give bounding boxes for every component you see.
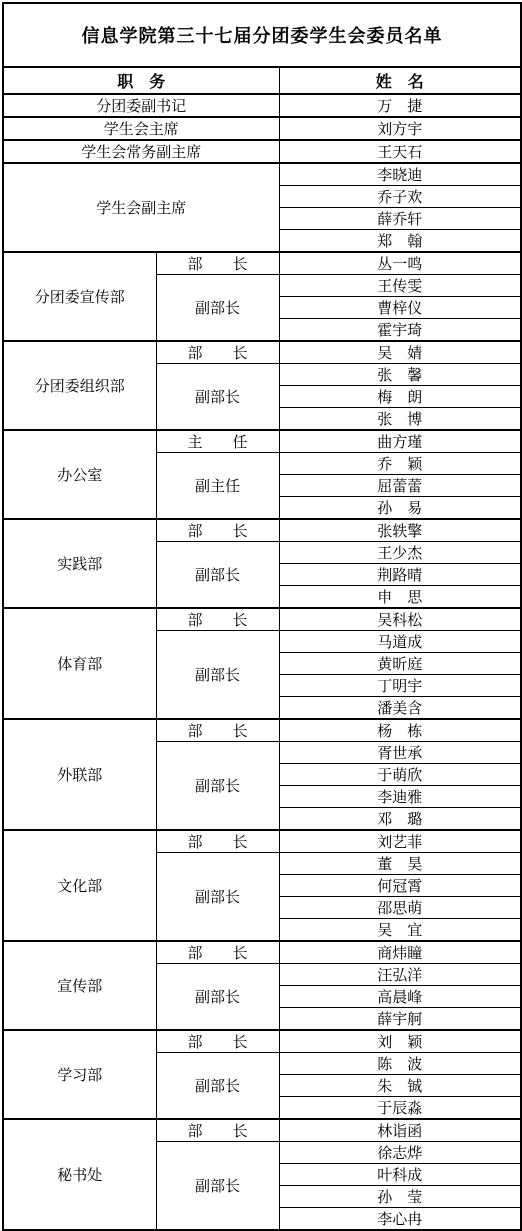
name-cell: 霍宇琦 (279, 319, 521, 342)
department-cell: 学习部 (3, 1030, 156, 1119)
role-cell: 副部长 (156, 1053, 279, 1120)
name-cell: 申 思 (279, 586, 521, 609)
department-cell: 秘书处 (3, 1119, 156, 1230)
name-cell: 王少杰 (279, 542, 521, 564)
name-cell: 于萌欣 (279, 764, 521, 786)
department-cell: 外联部 (3, 719, 156, 830)
table-row: 学生会副主席李晓迪 (3, 163, 521, 186)
name-cell: 胥世承 (279, 742, 521, 764)
name-cell: 汪弘洋 (279, 964, 521, 986)
name-cell: 薛乔轩 (279, 208, 521, 230)
department-cell: 宣传部 (3, 941, 156, 1030)
table-row: 分团委副书记万 捷 (3, 94, 521, 117)
role-cell: 副部长 (156, 1142, 279, 1231)
position-header: 职 务 (3, 67, 279, 94)
name-cell: 刘 颖 (279, 1030, 521, 1053)
name-cell: 杨 栋 (279, 719, 521, 742)
name-cell: 王传雯 (279, 275, 521, 297)
name-cell: 郑 翰 (279, 230, 521, 253)
name-cell: 徐志烨 (279, 1142, 521, 1164)
name-cell: 吴 婧 (279, 341, 521, 364)
name-cell: 丛一鸣 (279, 252, 521, 275)
position-cell: 学生会主席 (3, 117, 279, 140)
name-cell: 孙 莹 (279, 1186, 521, 1208)
name-cell: 商炜瞳 (279, 941, 521, 964)
name-cell: 林诣函 (279, 1119, 521, 1142)
roster-sheet: 信息学院第三十七届分团委学生会委员名单 职 务 姓 名 分团委副书记万 捷学生会… (2, 2, 520, 1231)
name-cell: 薛宇舸 (279, 1008, 521, 1031)
name-cell: 孙 易 (279, 497, 521, 520)
table-row: 学习部部 长刘 颖 (3, 1030, 521, 1053)
role-cell: 副部长 (156, 364, 279, 431)
role-cell: 部 长 (156, 608, 279, 631)
name-cell: 张 博 (279, 408, 521, 431)
role-cell: 副部长 (156, 964, 279, 1031)
header-row: 职 务 姓 名 (3, 67, 521, 94)
role-cell: 部 长 (156, 341, 279, 364)
name-cell: 朱 铖 (279, 1075, 521, 1097)
name-cell: 李晓迪 (279, 163, 521, 186)
position-cell: 学生会副主席 (3, 163, 279, 252)
table-row: 实践部部 长张轶擎 (3, 519, 521, 542)
name-cell: 高晨峰 (279, 986, 521, 1008)
name-cell: 刘艺菲 (279, 830, 521, 853)
name-cell: 李迪雅 (279, 786, 521, 808)
role-cell: 副部长 (156, 853, 279, 942)
name-cell: 吴科松 (279, 608, 521, 631)
position-cell: 学生会常务副主席 (3, 140, 279, 163)
department-cell: 实践部 (3, 519, 156, 608)
name-cell: 叶科成 (279, 1164, 521, 1186)
role-cell: 部 长 (156, 519, 279, 542)
name-cell: 于辰淼 (279, 1097, 521, 1120)
name-cell: 万 捷 (279, 94, 521, 117)
document-page: { "title": "信息学院第三十七届分团委学生会委员名单", "table… (0, 0, 522, 1209)
name-cell: 梅 朗 (279, 386, 521, 408)
title-row: 信息学院第三十七届分团委学生会委员名单 (3, 3, 521, 67)
role-cell: 部 长 (156, 1030, 279, 1053)
name-cell: 丁明宇 (279, 675, 521, 697)
name-cell: 陈 波 (279, 1053, 521, 1075)
name-cell: 李心冉 (279, 1208, 521, 1231)
name-cell: 潘美含 (279, 697, 521, 720)
name-cell: 邓 璐 (279, 808, 521, 831)
name-cell: 乔子欢 (279, 186, 521, 208)
role-cell: 部 长 (156, 252, 279, 275)
role-cell: 副部长 (156, 275, 279, 342)
name-header: 姓 名 (279, 67, 521, 94)
role-cell: 副部长 (156, 631, 279, 720)
department-cell: 分团委宣传部 (3, 252, 156, 341)
table-row: 文化部部 长刘艺菲 (3, 830, 521, 853)
role-cell: 主 任 (156, 430, 279, 453)
department-cell: 分团委组织部 (3, 341, 156, 430)
table-row: 宣传部部 长商炜瞳 (3, 941, 521, 964)
department-cell: 体育部 (3, 608, 156, 719)
roster-table: 信息学院第三十七届分团委学生会委员名单 职 务 姓 名 分团委副书记万 捷学生会… (2, 2, 522, 1231)
name-cell: 荆路晴 (279, 564, 521, 586)
role-cell: 副主任 (156, 453, 279, 520)
role-cell: 部 长 (156, 719, 279, 742)
name-cell: 张轶擎 (279, 519, 521, 542)
department-cell: 文化部 (3, 830, 156, 941)
table-row: 学生会常务副主席王天石 (3, 140, 521, 163)
name-cell: 乔 颖 (279, 453, 521, 475)
table-row: 外联部部 长杨 栋 (3, 719, 521, 742)
department-cell: 办公室 (3, 430, 156, 519)
name-cell: 曲方瑾 (279, 430, 521, 453)
document-title: 信息学院第三十七届分团委学生会委员名单 (3, 3, 521, 67)
table-row: 分团委组织部部 长吴 婧 (3, 341, 521, 364)
role-cell: 部 长 (156, 830, 279, 853)
role-cell: 部 长 (156, 1119, 279, 1142)
name-cell: 黄昕庭 (279, 653, 521, 675)
role-cell: 部 长 (156, 941, 279, 964)
position-cell: 分团委副书记 (3, 94, 279, 117)
role-cell: 副部长 (156, 542, 279, 609)
table-row: 分团委宣传部部 长丛一鸣 (3, 252, 521, 275)
name-cell: 王天石 (279, 140, 521, 163)
table-row: 办公室主 任曲方瑾 (3, 430, 521, 453)
table-row: 学生会主席刘方宇 (3, 117, 521, 140)
name-cell: 董 昊 (279, 853, 521, 875)
name-cell: 邵思萌 (279, 897, 521, 919)
name-cell: 吴 宜 (279, 919, 521, 942)
table-row: 秘书处部 长林诣函 (3, 1119, 521, 1142)
name-cell: 曹梓仪 (279, 297, 521, 319)
name-cell: 马道成 (279, 631, 521, 653)
roster-body: 分团委副书记万 捷学生会主席刘方宇学生会常务副主席王天石学生会副主席李晓迪乔子欢… (3, 94, 521, 1230)
name-cell: 屈蕾蕾 (279, 475, 521, 497)
role-cell: 副部长 (156, 742, 279, 831)
name-cell: 张 馨 (279, 364, 521, 386)
table-row: 体育部部 长吴科松 (3, 608, 521, 631)
name-cell: 刘方宇 (279, 117, 521, 140)
name-cell: 何冠霄 (279, 875, 521, 897)
